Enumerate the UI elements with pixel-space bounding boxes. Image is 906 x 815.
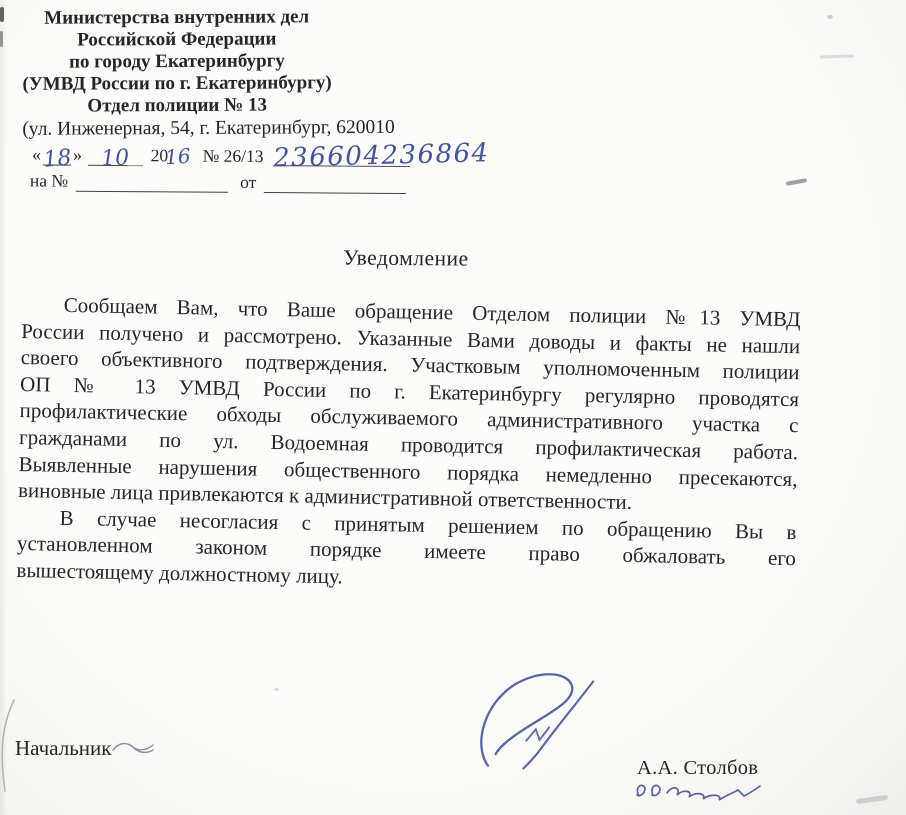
signer-name: А.А. Столбов (637, 757, 758, 780)
letterhead-line-umvd: (УМВД России по г. Екатеринбургу) (8, 72, 346, 96)
date-month-field: 10 (88, 143, 143, 166)
from-label: от (240, 172, 256, 193)
reply-reference-row: на № от (30, 167, 490, 194)
registration-number-field: 236604236864 (273, 137, 490, 169)
letterhead-line-department: Отдел полиции № 13 (8, 94, 346, 118)
scan-artifact (274, 688, 279, 691)
scan-artifact (820, 54, 854, 58)
handwritten-day: 18 (42, 145, 72, 173)
scan-artifact (786, 178, 807, 186)
signer-position-label: Начальник (15, 736, 111, 761)
document-title: Уведомление (0, 242, 812, 274)
scan-artifact (0, 7, 4, 22)
reference-block: « 18 » 10 20 16 № 26/13 236604236864 на … (30, 138, 490, 194)
letterhead-line-federation: Российской Федерации (8, 28, 346, 52)
scan-artifact (827, 15, 833, 19)
date-day-field: 18 (43, 142, 71, 165)
document-number: № 26/13 (203, 146, 264, 167)
paragraph: Сообщаем Вам, что Ваше обращение Отделом… (18, 291, 801, 519)
handwritten-registration-number: 236604236864 (273, 138, 490, 173)
date-number-row: « 18 » 10 20 16 № 26/13 236604236864 (30, 138, 490, 168)
handwritten-year: 16 (164, 144, 191, 170)
paragraph: В случае несогласия с принятым решением … (16, 504, 796, 599)
letterhead: Министерства внутренних дел Российской Ф… (8, 6, 347, 141)
handwritten-note-icon (632, 780, 780, 806)
reply-number-blank (76, 175, 228, 193)
body: Сообщаем Вам, что Ваше обращение Отделом… (16, 291, 801, 599)
from-date-blank (264, 176, 406, 194)
open-quote: « (30, 144, 43, 165)
scanned-letter-page: Министерства внутренних дел Российской Ф… (0, 0, 906, 815)
reply-to-label: на № (30, 170, 68, 191)
scan-artifact (856, 795, 888, 804)
signature-icon (470, 670, 615, 780)
handwritten-month: 10 (101, 145, 130, 171)
close-quote: » (71, 145, 84, 166)
pen-flourish-icon (110, 738, 156, 758)
scan-artifact (0, 31, 3, 47)
letterhead-line-ministry: Министерства внутренних дел (8, 6, 346, 30)
letterhead-line-city: по городу Екатеринбургу (8, 50, 346, 74)
